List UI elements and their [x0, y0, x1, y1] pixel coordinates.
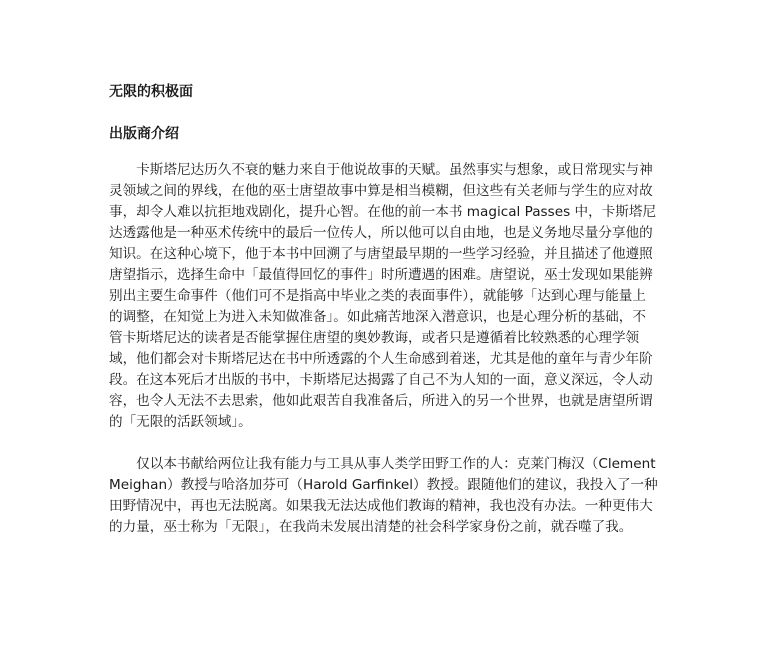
text-line: 知识。在这种心境下，他于本书中回溯了与唐望最早期的一些学习经验，并且描述了他遵照 [109, 244, 669, 265]
text-line: 别出主要生命事件（他们可不是指高中毕业之类的表面事件），就能够「达到心理与能量上 [109, 286, 669, 307]
text-line: 域，他们都会对卡斯塔尼达在书中所透露的个人生命感到着迷，尤其是他的童年与青少年阶 [109, 349, 669, 370]
text-line: 唐望指示，选择生命中「最值得回忆的事件」时所遭遇的困难。唐望说，巫士发现如果能辨 [109, 265, 669, 286]
text-line: 的力量，巫士称为「无限」，在我尚未发展出清楚的社会科学家身份之前，就吞噬了我。 [109, 517, 669, 538]
text-line: 的调整，在知觉上为进入未知做准备」。如此痛苦地深入潜意识，也是心理分析的基础，不 [109, 307, 669, 328]
text-line: 事，却令人难以抗拒地戏剧化，提升心智。在他的前一本书 magical Passe… [109, 202, 669, 223]
document-page: 无限的积极面 出版商介绍 卡斯塔尼达历久不衰的魅力来自于他说故事的天赋。虽然事实… [109, 82, 669, 538]
text-line: 田野情况中，再也无法脱离。如果我无法达成他们教诲的精神，我也没有办法。一种更伟大 [109, 496, 669, 517]
section-heading: 出版商介绍 [109, 124, 669, 144]
text-line: 管卡斯塔尼达的读者是否能掌握住唐望的奥妙教诲，或者只是遵循着比较熟悉的心理学领 [109, 328, 669, 349]
text-line: 的「无限的活跃领域」。 [109, 412, 669, 433]
text-line: 灵领域之间的界线，在他的巫士唐望故事中算是相当模糊，但这些有关老师与学生的应对故 [109, 181, 669, 202]
publisher-intro-paragraph: 卡斯塔尼达历久不衰的魅力来自于他说故事的天赋。虽然事实与想象，或日常现实与神 灵… [109, 160, 669, 433]
text-line: 卡斯塔尼达历久不衰的魅力来自于他说故事的天赋。虽然事实与想象，或日常现实与神 [109, 160, 669, 181]
text-line: Meighan）教授与哈洛加芬可（Harold Garfinkel）教授。跟随他… [109, 475, 669, 496]
document-title: 无限的积极面 [109, 82, 669, 102]
text-line: 容，也令人无法不去思索，他如此艰苦自我准备后，所进入的另一个世界，也就是唐望所谓 [109, 391, 669, 412]
text-line: 段。在这本死后才出版的书中，卡斯塔尼达揭露了自己不为人知的一面，意义深远，令人动 [109, 370, 669, 391]
text-line: 仅以本书献给两位让我有能力与工具从事人类学田野工作的人：克莱门梅汉（Clemen… [109, 454, 669, 475]
dedication-paragraph: 仅以本书献给两位让我有能力与工具从事人类学田野工作的人：克莱门梅汉（Clemen… [109, 454, 669, 538]
text-line: 达透露他是一种巫术传统中的最后一位传人，所以他可以自由地，也是义务地尽量分享他的 [109, 223, 669, 244]
